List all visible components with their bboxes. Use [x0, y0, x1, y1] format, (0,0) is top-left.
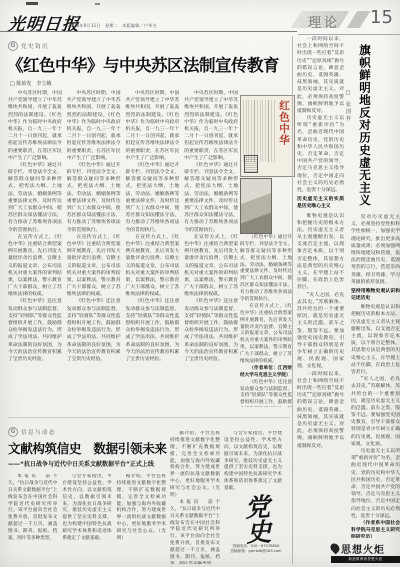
bottom-article-subtitle: ——“抗日战争与近代中日关系文献数据平台”正式上线: [8, 459, 178, 468]
body-paragraph: 本报讯 前不久，“抗日战争与近代中日关系文献数据平台”上线发布会在中国社会科学院…: [8, 474, 57, 543]
kicker-label: 党史钩沉: [21, 42, 49, 50]
registration-mark: [95, 3, 100, 5]
banner-row: 思想火炬: [331, 540, 400, 556]
main-article-title: 《红色中华》与中央苏区法制宣传教育: [7, 52, 291, 76]
main-article-byline: □ 陈始发 李立娥: [10, 80, 51, 87]
body-paragraph: 《红色中华》还注意发动群众参与法制监督，支持“轻骑队”等群众性监督组织开展工作，…: [184, 298, 238, 363]
calligraphy-text: 党史: [242, 493, 270, 544]
main-article-body-col5: 《红色中华》通过开辟专栏、刊登法令全文、解答群众疑问等多种形式，把宪法大纲、土地…: [240, 177, 292, 407]
body-paragraph: 在宣传方式上，《红色中华》注重结合典型案例开展教育，先后刊发大量批评贪污浪费、官…: [67, 234, 121, 299]
body-paragraph: 在宣传方式上，《红色中华》注重结合典型案例开展教育，先后刊发大量批评贪污浪费、官…: [184, 234, 238, 299]
section-ribbon: [347, 11, 371, 28]
body-paragraph: 在宣传方式上，《红色中华》注重结合典型案例开展教育，先后刊发大量批评贪污浪费、官…: [8, 234, 62, 299]
page-number: 15: [370, 7, 393, 28]
right-article-title: 旗帜鲜明地反对历史虚无主义: [357, 44, 373, 214]
body-paragraph: 中央苏区时期，中国共产党领导建立了中华苏维埃共和国，开展了轰轰烈烈的法制建设。《…: [126, 90, 180, 162]
section-divider-rule: [8, 417, 290, 418]
body-paragraph: 中央苏区时期，中国共产党领导建立了中华苏维埃共和国，开展了轰轰烈烈的法制建设。《…: [67, 90, 121, 162]
bottom-article-body: 本报讯 前不久，“抗日战争与近代中日关系文献数据平台”上线发布会在中国社会科学院…: [8, 474, 166, 564]
body-paragraph: 历史虚无主义以所谓“重新评价”为名，歪曲近现代中国革命历史、党的历史和中华人民共…: [351, 448, 400, 520]
body-paragraph: 《红色中华》通过开辟专栏、刊登法令全文、解答群众疑问等多种形式，把宪法大纲、土地…: [184, 162, 238, 234]
guangming-g-icon: G: [8, 427, 18, 437]
body-paragraph: 《红色中华》还注意发动群众参与法制监督，支持“轻骑队”等群众性监督组织开展工作，…: [67, 298, 121, 363]
registration-mark: [26, 2, 38, 5]
body-paragraph: 一段时间以来，社会上和网络空间不时出现一些打着“反思历史”“还原真相”旗号的错误…: [297, 371, 344, 450]
body-paragraph: 在宣传方式上，《红色中华》注重结合典型案例开展教育，先后刊发大量批评贪污浪费、官…: [126, 234, 180, 299]
banner-brand-text: 思想火炬: [341, 541, 385, 556]
newsprint-texture: [243, 100, 275, 162]
party-history-column-logo: 党史 投稿电话：010－67078806 投稿邮箱：gmrbllb@163.co…: [230, 494, 282, 562]
bottom-article-body-col4: 据介绍，平台还将持续推进文献数字化整理，不断扩充数据规模，完善全文检索功能，加强…: [170, 431, 220, 564]
red-china-newspaper-image: 红色中华: [240, 95, 295, 177]
body-paragraph: 《红色中华》通过开辟专栏、刊登法令全文、解答群众疑问等多种形式，把宪法大纲、土地…: [67, 162, 121, 234]
bottom-article-kicker: G 信息与动态: [8, 427, 56, 437]
body-paragraph: 《红色中华》还注意发动群众参与法制监督，支持“轻骑队”等群众性监督组织开展工作，…: [8, 298, 62, 363]
body-paragraph: 一段时间以来，社会上和网络空间不时出现一些打着“反思历史”“还原真相”旗号的错误…: [297, 36, 344, 115]
bottom-article-title: 文献构筑信史 数据引领未来: [8, 439, 188, 457]
body-paragraph: 唯物史观是认识和把握历史的根本方法。历史虚无主义者从主观臆断出发，以支流否定主流…: [297, 213, 344, 292]
author-note: （作者单位：江西财经大学马克思主义学院）: [240, 366, 292, 380]
vertical-divider-rule: [292, 36, 293, 564]
guangming-g-icon: G: [8, 41, 18, 51]
body-paragraph: 本报讯 前不久，“抗日战争与近代中日关系文献数据平台”上线发布会在中国社会科学院…: [170, 500, 220, 564]
newsprint-box: [244, 155, 258, 173]
kicker-label: 信息与动态: [21, 428, 56, 436]
body-paragraph: 《红色中华》还注意发动群众参与法制监督，支持“轻骑队”等群众性监督组织开展工作，…: [126, 298, 180, 363]
main-article-kicker: G 党史钩沉: [8, 41, 49, 51]
body-paragraph: 历史虚无主义以所谓“重新评价”为名，歪曲近现代中国革命历史、党的历史和中华人民共…: [297, 115, 344, 194]
body-paragraph: 《红色中华》还注意发动群众参与法制监督，支持“轻骑队”等群众性监督组织开展工作，…: [240, 380, 292, 407]
header-rule: [0, 31, 297, 32]
right-article-column-b: 反对历史虚无主义，必须坚持党性和科学性相统一，加强史学理论研究，推出更多高质量成…: [351, 214, 400, 538]
red-china-masthead-text: 红色中华: [277, 100, 292, 146]
torch-flame-icon: [329, 542, 342, 555]
newspaper-page: 光明日报 2018年9月11日 星期二 本版编辑／户华为 理论 15 G 党史钩…: [0, 0, 400, 567]
subhead: 历史虚无主义的实质是历史唯心主义: [297, 196, 344, 210]
body-paragraph: “灭人之国，必先去其史。”苏联解体、苏共垮台的一个重要原因，就是历史虚无主义的泛…: [297, 292, 344, 371]
body-paragraph: 在宣传方式上，《红色中华》注重结合典型案例开展教育，先后刊发大量批评贪污浪费、官…: [240, 304, 292, 366]
dateline: 2018年9月11日 星期二 本版编辑／户华为: [68, 23, 157, 29]
body-paragraph: 《红色中华》通过开辟专栏、刊登法令全文、解答群众疑问等多种形式，把宪法大纲、土地…: [8, 162, 62, 234]
right-article-column-a: 一段时间以来，社会上和网络空间不时出现一些打着“反思历史”“还原真相”旗号的错误…: [297, 36, 344, 538]
body-paragraph: 据介绍，平台还将持续推进文献数字化整理，不断扩充数据规模，完善全文检索功能，加强…: [117, 474, 166, 543]
body-paragraph: 唯物史观是认识和把握历史的根本方法。历史虚无主义者从主观臆断出发，以支流否定主流…: [351, 304, 400, 376]
column-email: 投稿邮箱：gmrbllb@163.com: [230, 549, 282, 554]
body-paragraph: 与会专家指出，平台建设坚持公益性、学术性方向，以文献构筑信史，以数据引领未来，为…: [62, 474, 111, 543]
body-paragraph: 中央苏区时期，中国共产党领导建立了中华苏维埃共和国，开展了轰轰烈烈的法制建设。《…: [8, 90, 62, 162]
body-paragraph: 与会专家指出，平台建设坚持公益性、学术性方向，以文献构筑信史，以数据引领未来，为…: [224, 431, 282, 491]
woodcut-illustration: [240, 178, 272, 234]
body-paragraph: 反对历史虚无主义，必须坚持党性和科学性相统一，加强史学理论研究，推出更多高质量成…: [351, 214, 400, 286]
body-paragraph: 据介绍，平台还将持续推进文献数字化整理，不断扩充数据规模，完善全文检索功能，加强…: [170, 431, 220, 500]
main-article-body: 中央苏区时期，中国共产党领导建立了中华苏维埃共和国，开展了轰轰烈烈的法制建设。《…: [8, 90, 238, 406]
bottom-article-body-col5: 与会专家指出，平台建设坚持公益性、学术性方向，以文献构筑信史，以数据引领未来，为…: [224, 431, 282, 491]
body-paragraph: 中央苏区时期，中国共产党领导建立了中华苏维埃共和国，开展了轰轰烈烈的法制建设。《…: [184, 90, 238, 162]
sixiang-huoju-banner: 思想火炬 新浪微博@思想火炬: [331, 540, 400, 566]
right-article-byline: □ 张国祚: [345, 90, 352, 123]
subhead: 坚持用唯物史观认识和记述历史: [351, 288, 400, 302]
header-rule: [298, 34, 400, 35]
body-paragraph: 《红色中华》通过开辟专栏、刊登法令全文、解答群众疑问等多种形式，把宪法大纲、土地…: [126, 162, 180, 234]
section-title: 理论: [308, 12, 340, 31]
banner-weibo-bar: 新浪微博@思想火炬: [331, 556, 400, 563]
body-paragraph: “灭人之国，必先去其史。”苏联解体、苏共垮台的一个重要原因，就是历史虚无主义的泛…: [351, 376, 400, 448]
author-note: （作者系中国社会科学院马克思主义研究院研究员）: [351, 520, 400, 538]
